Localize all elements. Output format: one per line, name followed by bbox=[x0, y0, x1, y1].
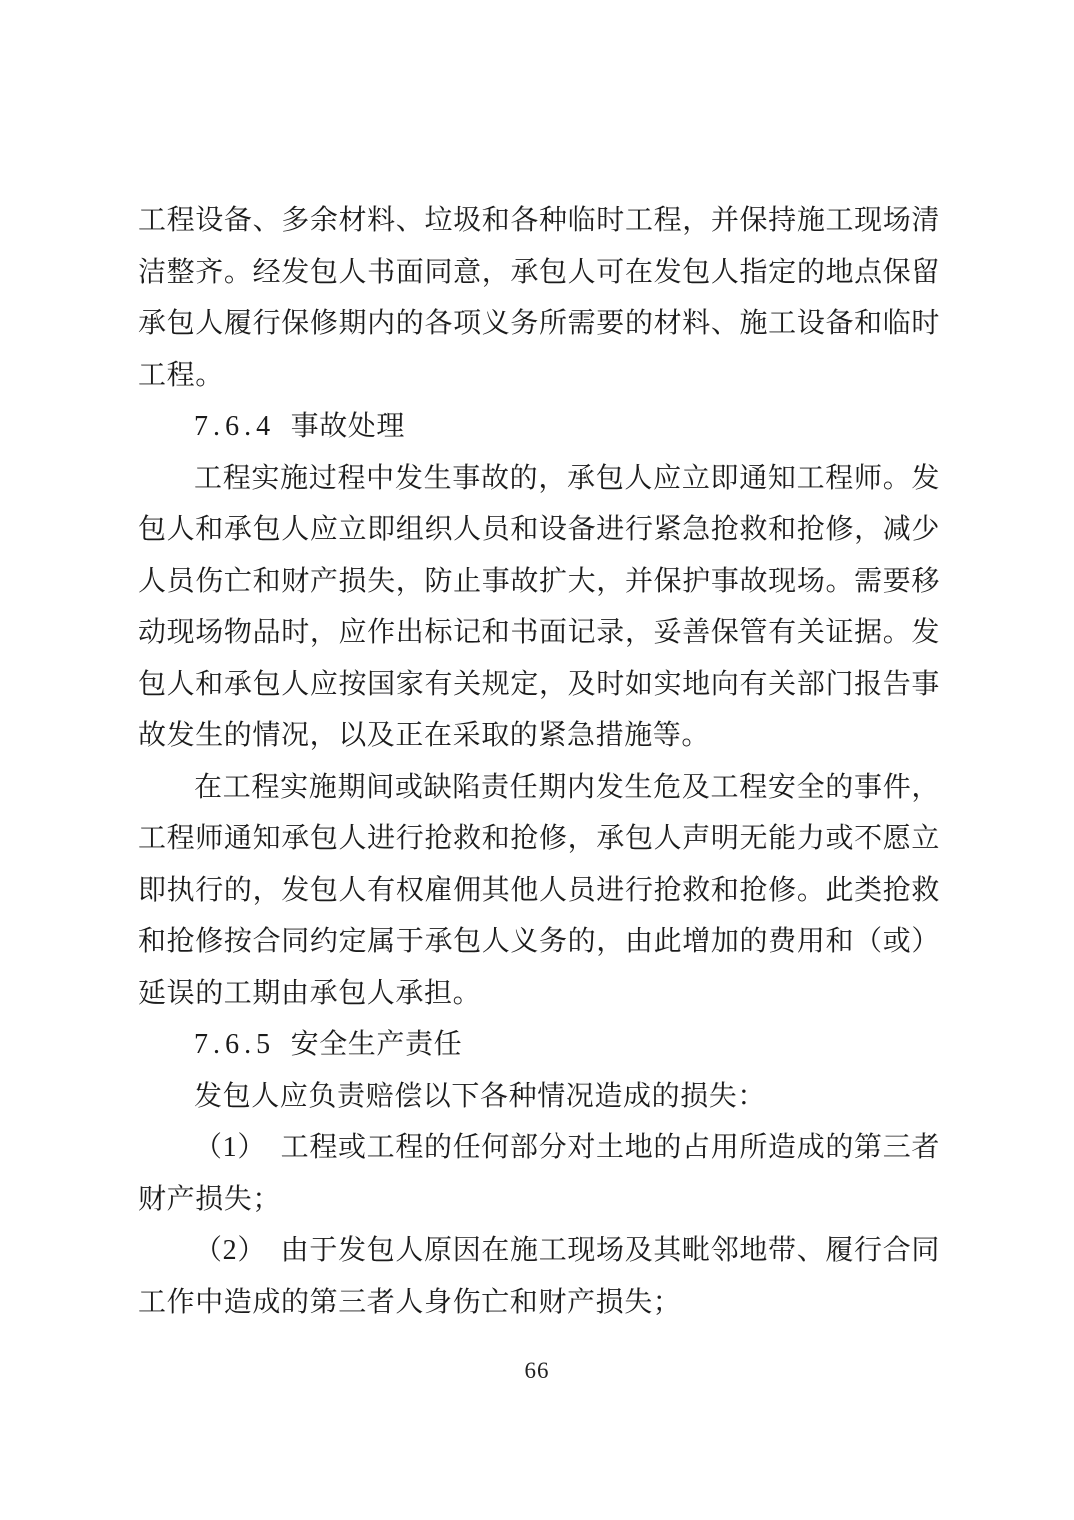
paragraph-emergency-rescue: 在工程实施期间或缺陷责任期内发生危及工程安全的事件，工程师通知承包人进行抢救和抢… bbox=[138, 762, 940, 1020]
list-item-1: （1） 工程或工程的任何部分对土地的占用所造成的第三者财产损失； bbox=[138, 1122, 940, 1225]
paragraph-cleanup-obligations: 工程设备、多余材料、垃圾和各种临时工程，并保持施工现场清洁整齐。经发包人书面同意… bbox=[138, 195, 940, 401]
section-number: 7.6.4 bbox=[194, 411, 275, 442]
page-number: 66 bbox=[0, 1358, 1074, 1384]
paragraph-accident-handling: 工程实施过程中发生事故的，承包人应立即通知工程师。发包人和承包人应立即组织人员和… bbox=[138, 453, 940, 762]
section-title: 事故处理 bbox=[291, 411, 405, 442]
section-number: 7.6.5 bbox=[194, 1029, 275, 1060]
paragraph-compensation-intro: 发包人应负责赔偿以下各种情况造成的损失： bbox=[138, 1071, 940, 1123]
section-heading-7-6-5: 7.6.5安全生产责任 bbox=[138, 1019, 940, 1071]
document-page: 工程设备、多余材料、垃圾和各种临时工程，并保持施工现场清洁整齐。经发包人书面同意… bbox=[0, 0, 1074, 1520]
section-title: 安全生产责任 bbox=[291, 1029, 463, 1060]
document-body: 工程设备、多余材料、垃圾和各种临时工程，并保持施工现场清洁整齐。经发包人书面同意… bbox=[138, 195, 940, 1328]
list-item-2: （2） 由于发包人原因在施工现场及其毗邻地带、履行合同工作中造成的第三者人身伤亡… bbox=[138, 1225, 940, 1328]
section-heading-7-6-4: 7.6.4事故处理 bbox=[138, 401, 940, 453]
